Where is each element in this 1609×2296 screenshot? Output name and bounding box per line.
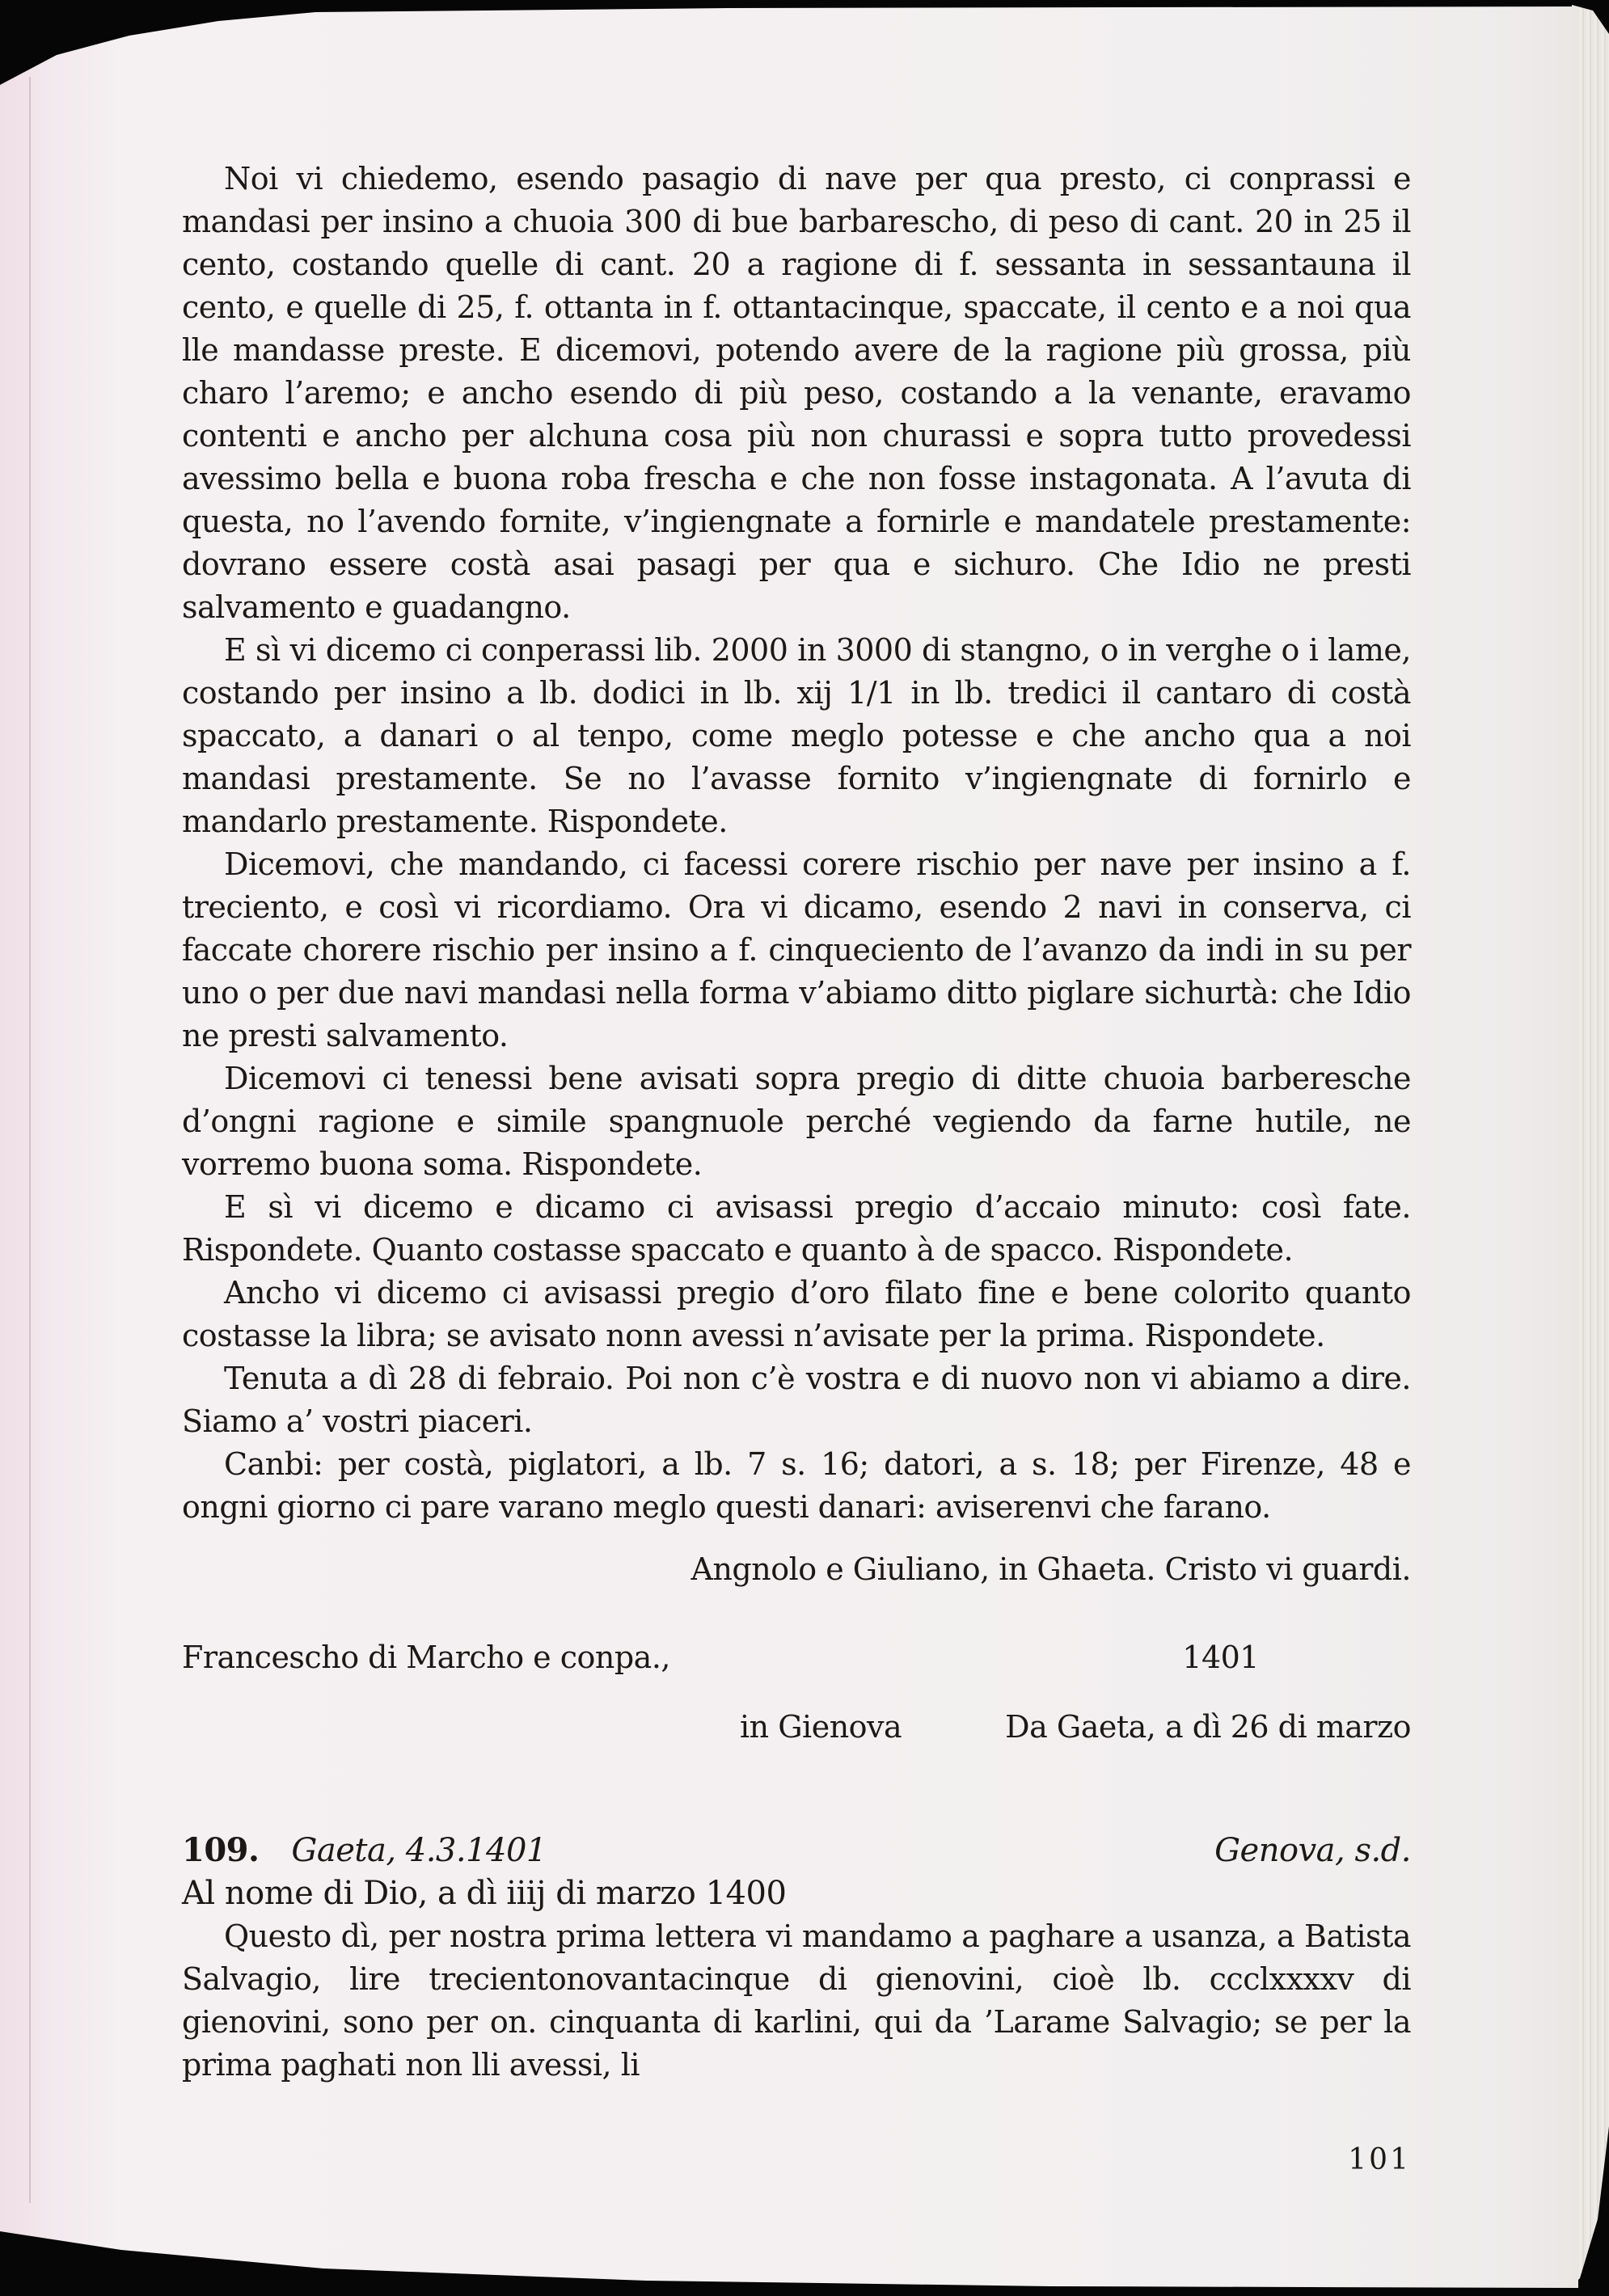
letter-paragraph: Questo dì, per nostra prima lettera vi m… (182, 1915, 1411, 2087)
closing-row: Francescho di Marcho e conpa., 1401 (182, 1636, 1411, 1679)
invocation-line: Al nome di Dio, a dì iiij di marzo 1400 (182, 1872, 1411, 1915)
letter-destination: Genova, s.d. (1214, 1830, 1411, 1872)
page-text-block: Noi vi chiedemo, esendo pasagio di nave … (182, 158, 1411, 2181)
page-number: 101 (182, 2138, 1411, 2181)
spine-crease (29, 77, 31, 2203)
letter-place-date: Gaeta, 4.3.1401 (291, 1832, 546, 1869)
sender-place: in Gienova (740, 1706, 902, 1749)
letter-paragraph: Canbi: per costà, piglatori, a lb. 7 s. … (182, 1443, 1411, 1529)
letter-heading-left: 109.Gaeta, 4.3.1401 (182, 1829, 547, 1872)
closing-year: 1401 (1182, 1636, 1259, 1679)
letter-paragraph: Dicemovi ci tenessi bene avisati sopra p… (182, 1057, 1411, 1186)
letter-paragraph: E sì vi dicemo ci conperassi lib. 2000 i… (182, 629, 1411, 843)
signature-line: Angnolo e Giuliano, in Ghaeta. Cristo vi… (182, 1548, 1411, 1591)
letter-paragraph: Ancho vi dicemo ci avisassi pregio d’oro… (182, 1272, 1411, 1357)
letter-paragraph: Noi vi chiedemo, esendo pasagio di nave … (182, 158, 1411, 629)
origin-dateline: Da Gaeta, a dì 26 di marzo (1005, 1706, 1411, 1749)
letter-heading-row: 109.Gaeta, 4.3.1401 Genova, s.d. (182, 1829, 1411, 1872)
letter-paragraph: E sì vi dicemo e dicamo ci avisassi preg… (182, 1186, 1411, 1272)
letter-number: 109. (182, 1831, 259, 1869)
letter-paragraph: Tenuta a dì 28 di febraio. Poi non c’è v… (182, 1357, 1411, 1443)
closing-place-row: in Gienova Da Gaeta, a dì 26 di marzo (182, 1706, 1411, 1749)
sender-name: Francescho di Marcho e conpa., (182, 1636, 670, 1679)
letter-paragraph: Dicemovi, che mandando, ci facessi corer… (182, 843, 1411, 1057)
book-photo: Noi vi chiedemo, esendo pasagio di nave … (0, 0, 1609, 2296)
